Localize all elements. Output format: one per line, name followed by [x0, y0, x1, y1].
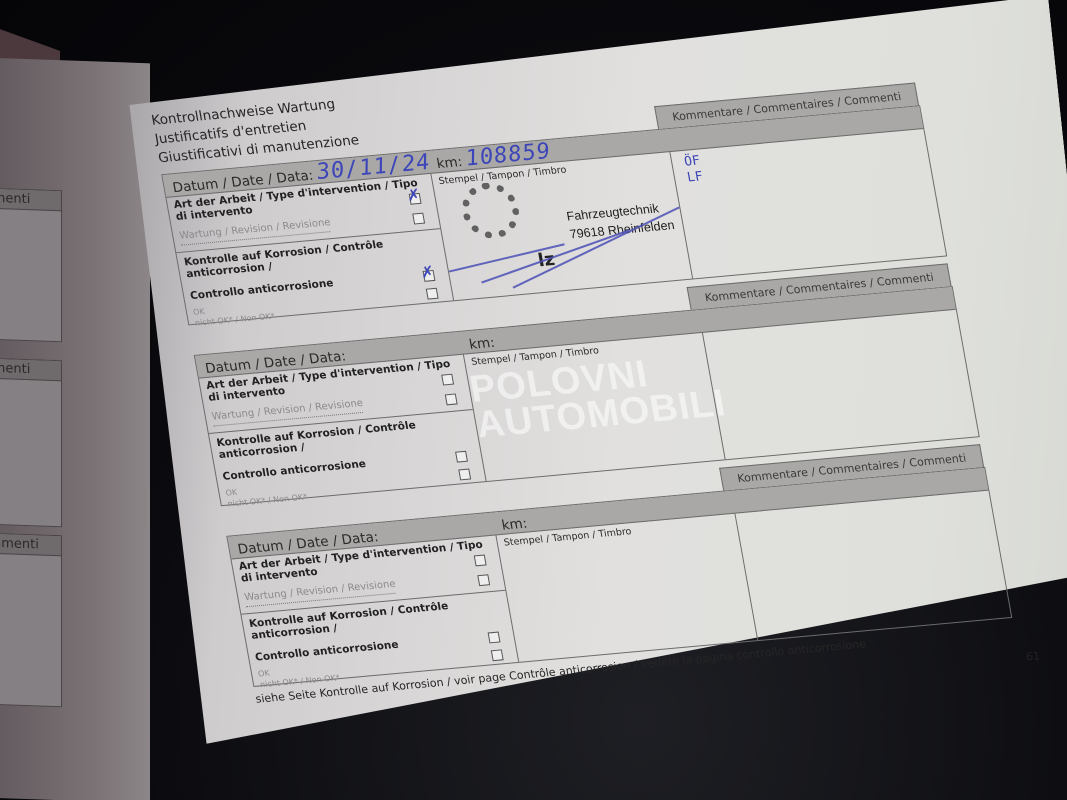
left-comment-header: Commenti [0, 357, 61, 381]
service-checkbox[interactable] [409, 193, 422, 205]
corrosion-not-ok-checkbox[interactable] [426, 288, 439, 300]
work-column: Art der Arbeit / Type d'intervention / T… [232, 535, 520, 686]
corrosion-ok-checkbox[interactable] [455, 451, 468, 463]
work-column: Art der Arbeit / Type d'intervention / T… [166, 174, 454, 325]
service-checkbox[interactable] [474, 554, 487, 566]
km-label: km: [500, 515, 528, 533]
comments-column[interactable]: ÖFLF [670, 129, 946, 278]
left-comment-header: / Commenti [0, 532, 61, 556]
stamp-column: Stempel / Tampon / Timbro Fahrzeugtechni… [431, 152, 693, 300]
left-comment-box: Commenti [0, 356, 62, 527]
service-entry: Datum / Date / Data: km: Kommentare / Co… [226, 467, 1012, 687]
service-form: Datum / Date / Data: 30/11/24 km: 108859… [161, 94, 1067, 687]
left-comment-box: / Commenti [0, 531, 62, 707]
corrosion-ok-checkbox[interactable] [488, 632, 501, 644]
comments-column[interactable] [735, 491, 1011, 640]
stamp-column: Stempel / Tampon / Timbro [496, 514, 758, 662]
km-label: km: [435, 154, 463, 172]
gear-stamp-icon [458, 180, 524, 240]
km-label: km: [468, 334, 496, 352]
left-comment-header: Commenti [0, 187, 61, 211]
revision-checkbox[interactable] [477, 574, 490, 586]
work-column: Art der Arbeit / Type d'intervention / T… [199, 355, 487, 506]
left-page: Commenti Commenti / Commenti [0, 57, 150, 800]
corrosion-not-ok-checkbox[interactable] [491, 649, 504, 661]
page-number: 61 [1026, 650, 1041, 664]
comments-column[interactable] [703, 310, 979, 459]
service-checkbox[interactable] [441, 374, 454, 386]
revision-checkbox[interactable] [445, 393, 458, 405]
page-content: Kontrollnachweise Wartung Justificatifs … [150, 32, 1067, 744]
corrosion-ok-checkbox[interactable] [423, 270, 436, 282]
revision-checkbox[interactable] [412, 213, 425, 225]
corrosion-not-ok-checkbox[interactable] [458, 469, 471, 481]
left-comment-box: Commenti [0, 186, 62, 342]
stamp-column: Stempel / Tampon / Timbro POLOVNIAUTOMOB… [464, 333, 726, 481]
